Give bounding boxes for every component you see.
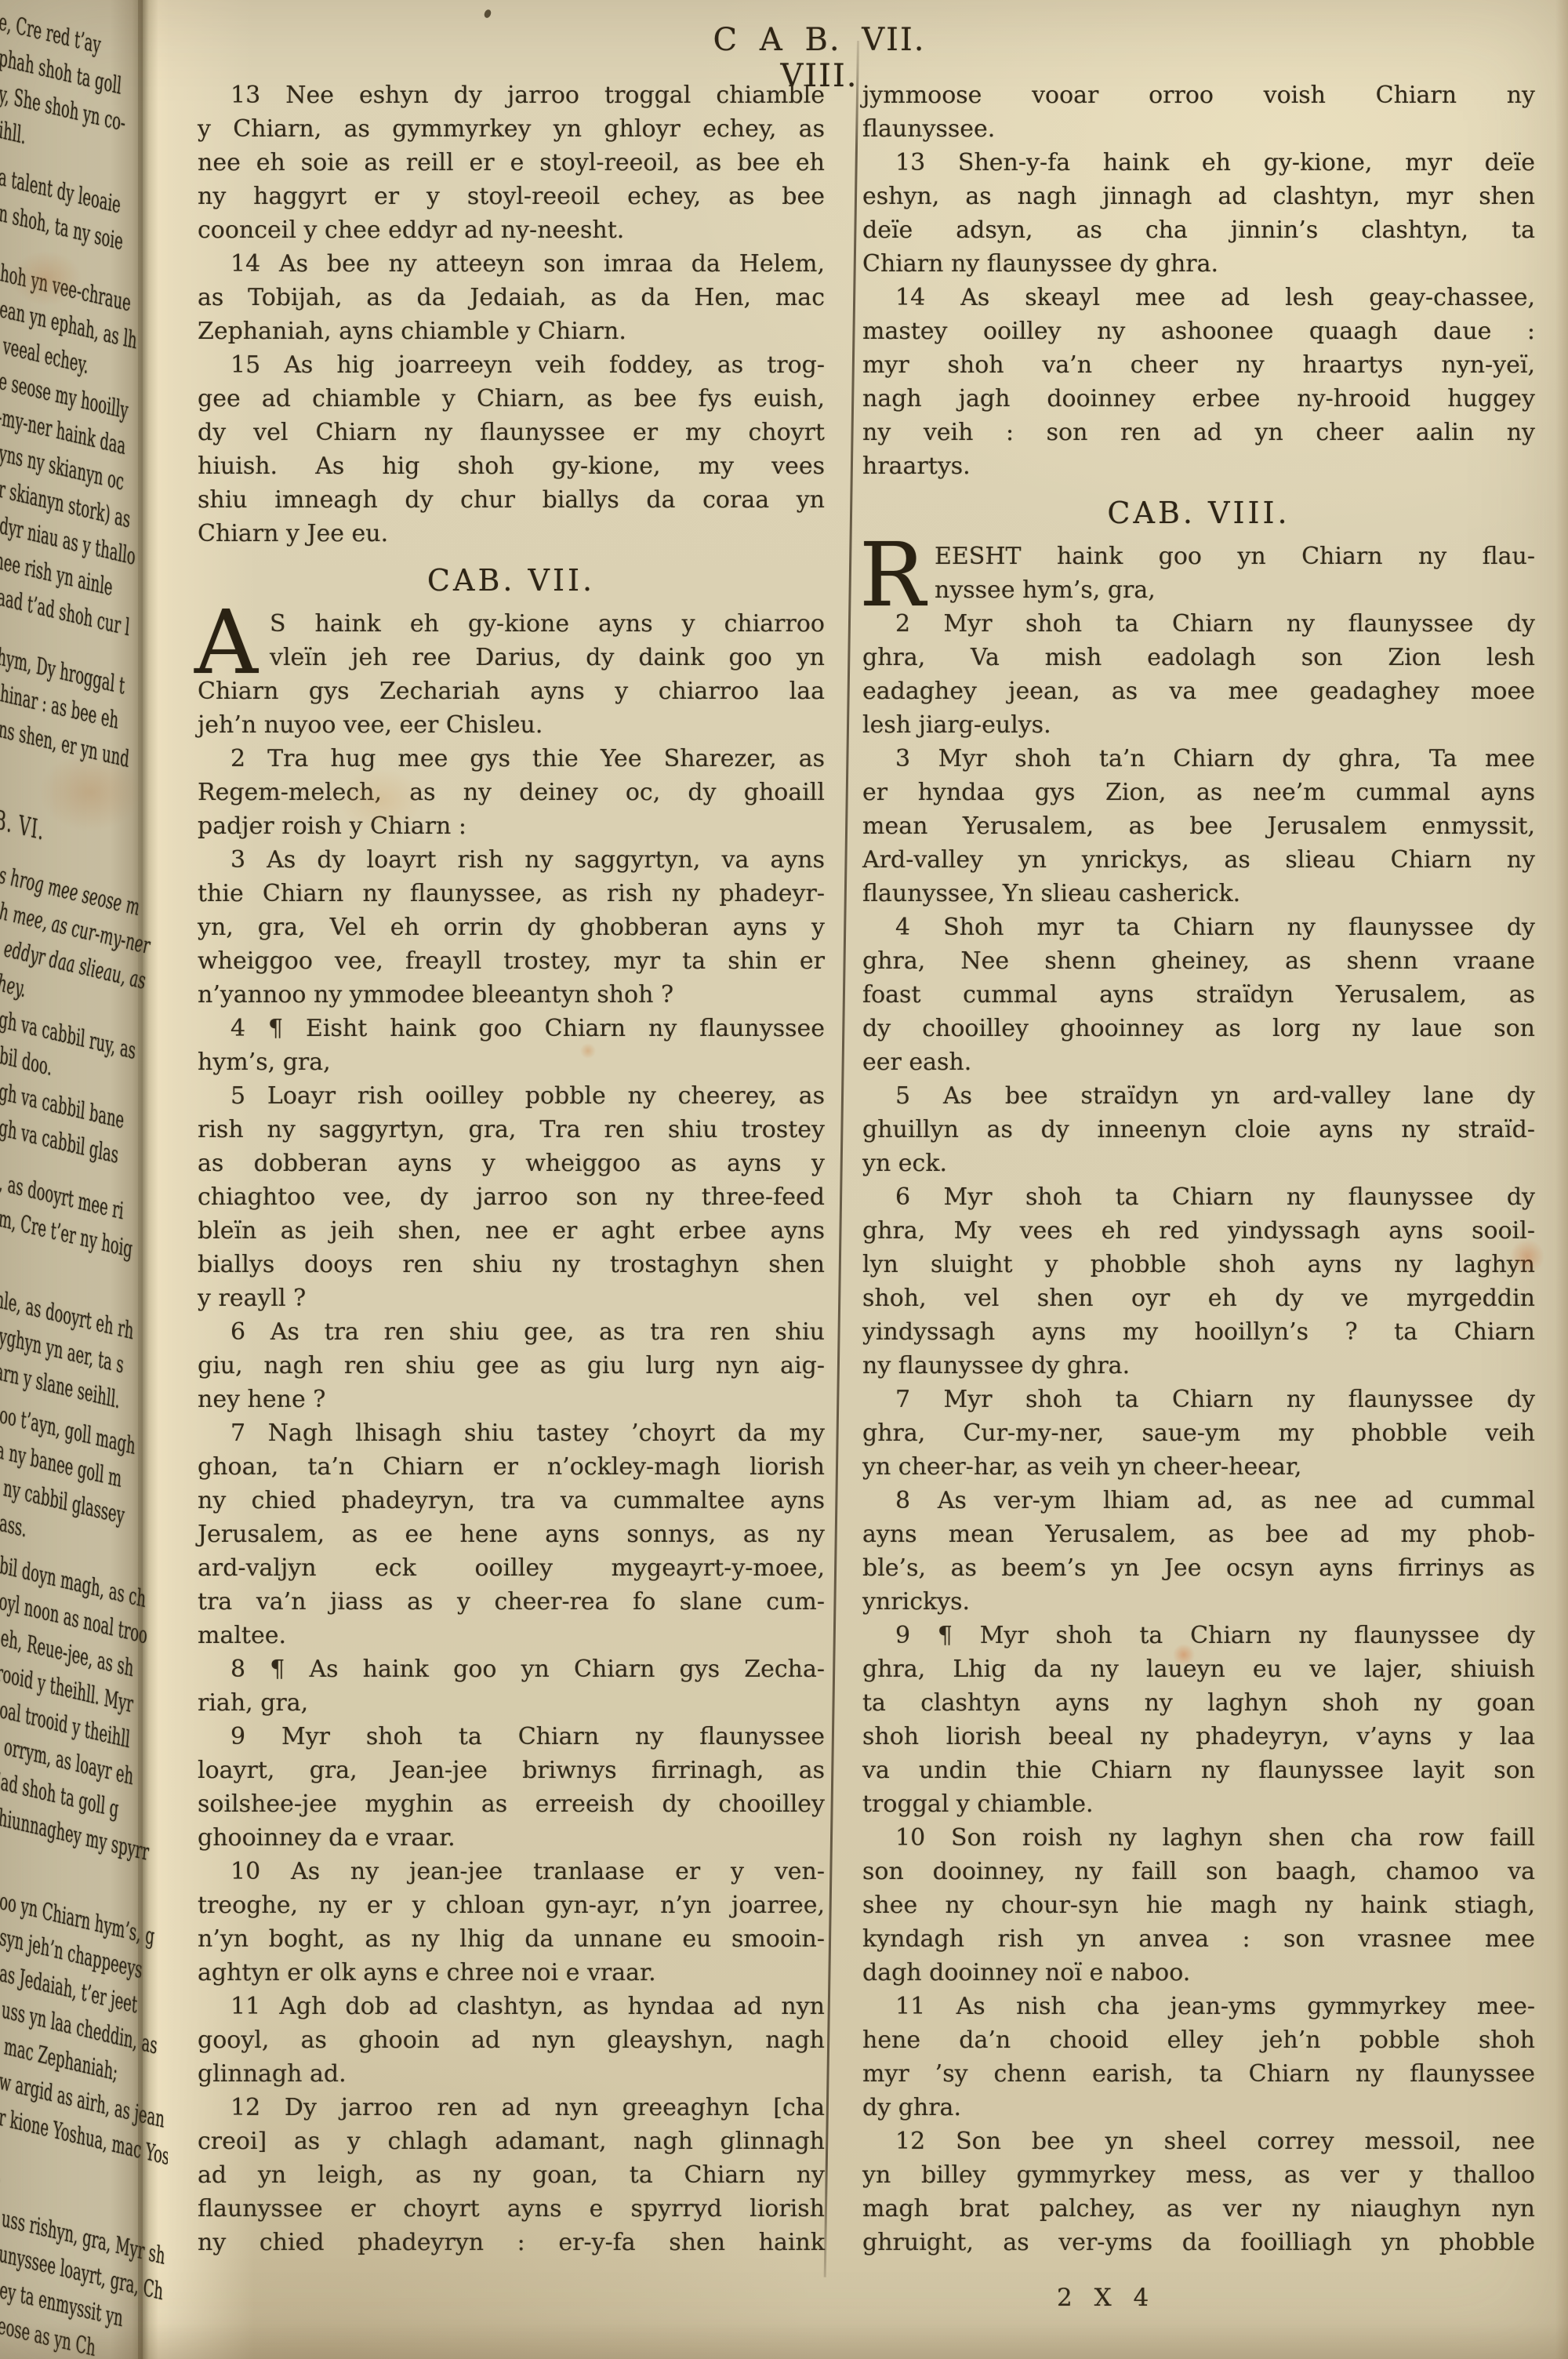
verse-line: ynrickys. <box>862 1585 1535 1619</box>
verse-line: flaunyssee, Yn slieau casherick. <box>862 877 1535 911</box>
verse-line: 2 Myr shoh ta Chiarn ny flaunyssee dy <box>862 607 1535 641</box>
verse-line: deïe adsyn, as cha jinnin’s clashtyn, ta <box>862 213 1535 247</box>
verse-line: dagh dooinney noï e naboo. <box>862 1956 1535 1990</box>
verse-line: ayns mean Yerusalem, as bee ad my phob- <box>862 1518 1535 1551</box>
verse-line: riah, gra, <box>198 1686 825 1720</box>
verse-paragraph-dropcap: REESHT haink goo yn Chiarn ny flau-nysse… <box>862 540 1535 607</box>
verse-line: myr shoh va’n cheer ny hraartys nyn-yeï, <box>862 348 1535 382</box>
facing-chapter-heading-fragment: B. VI. <box>0 803 45 847</box>
verse-line: ny haggyrt er y stoyl-reeoil echey, as b… <box>198 180 825 213</box>
verse-paragraph: 13 Shen-y-fa haink eh gy-kione, myr deïe… <box>862 146 1535 281</box>
verse-paragraph: 5 Loayr rish ooilley pobble ny cheerey, … <box>198 1079 825 1315</box>
verse-line: eshyn, as nagh jinnagh ad clashtyn, myr … <box>862 180 1535 213</box>
verse-line: nagh jagh dooinney erbee ny-hrooid hugge… <box>862 382 1535 416</box>
verse-line: padjer roish y Chiarn : <box>198 809 825 843</box>
page-fold-shadow <box>138 0 143 2359</box>
verse-line: jeh’n nuyoo vee, eer Chisleu. <box>198 708 825 742</box>
verse-paragraph: 12 Dy jarroo ren ad nyn greeaghyn [chacr… <box>198 2091 825 2259</box>
verse-line: gooyl, as ghooin ad nyn gleayshyn, nagh <box>198 2023 825 2057</box>
verse-line: ny veih : son ren ad yn cheer aalin ny <box>862 416 1535 449</box>
verse-line: 14 As skeayl mee ad lesh geay-chassee, <box>862 281 1535 314</box>
verse-line: 5 As bee straïdyn yn ard-valley lane dy <box>862 1079 1535 1113</box>
verse-line: lesh jiarg-eulys. <box>862 708 1535 742</box>
verse-paragraph: jymmoose vooar orroo voish Chiarn nyflau… <box>862 78 1535 146</box>
verse-paragraph: 10 Son roish ny laghyn shen cha row fail… <box>862 1821 1535 1990</box>
verse-line: vleïn jeh ree Darius, dy daink goo yn <box>198 641 825 674</box>
page-edge-shade <box>1555 0 1568 2359</box>
column-divider-rule <box>824 41 859 2277</box>
verse-line: 12 Dy jarroo ren ad nyn greeaghyn [cha <box>198 2091 825 2125</box>
facing-page-strip: ee, Cre red t’ayephah shoh ta golley, Sh… <box>0 0 168 2359</box>
verse-line: maltee. <box>198 1619 825 1652</box>
verse-line: 5 Loayr rish ooilley pobble ny cheerey, … <box>198 1079 825 1113</box>
verse-line: hraartys. <box>862 449 1535 483</box>
verse-line: biallys dooys ren shiu ny trostaghyn she… <box>198 1248 825 1281</box>
verse-line: yn billey gymmyrkey mess, as ver y thall… <box>862 2158 1535 2192</box>
verse-paragraph-dropcap: AS haink eh gy-kione ayns y chiarroovleï… <box>198 607 825 742</box>
verse-paragraph: 7 Nagh lhisagh shiu tastey ’choyrt da my… <box>198 1416 825 1652</box>
verse-line: ghuillyn as dy inneenyn cloie ayns ny st… <box>862 1113 1535 1147</box>
verse-line: ny flaunyssee dy ghra. <box>862 1349 1535 1383</box>
verse-line: troggal y chiamble. <box>862 1787 1535 1821</box>
verse-line: mean Yerusalem, as bee Jerusalem enmyssi… <box>862 809 1535 843</box>
verse-line: rish ny saggyrtyn, gra, Tra ren shiu tro… <box>198 1113 825 1147</box>
verse-line: 7 Nagh lhisagh shiu tastey ’choyrt da my <box>198 1416 825 1450</box>
verse-line: n’yn boght, as ny lhig da unnane eu smoo… <box>198 1922 825 1956</box>
verse-paragraph: 11 Agh dob ad clashtyn, as hyndaa ad nyn… <box>198 1990 825 2091</box>
verse-line: lyn sluight y phobble shoh ayns ny laghy… <box>862 1248 1535 1281</box>
drop-cap-letter: R <box>859 540 925 612</box>
verse-line: creoi] as y chlagh adamant, nagh glinnag… <box>198 2125 825 2158</box>
verse-line: chiaghtoo vee, dy jarroo son ny three-fe… <box>198 1180 825 1214</box>
verse-line: nyssee hym’s, gra, <box>862 573 1535 607</box>
verse-line: EESHT haink goo yn Chiarn ny flau- <box>862 540 1535 573</box>
verse-line: Ard-valley yn ynrickys, as slieau Chiarn… <box>862 843 1535 877</box>
verse-line: ghooinney da e vraar. <box>198 1821 825 1855</box>
verse-paragraph: 3 As dy loayrt rish ny saggyrtyn, va ayn… <box>198 843 825 1012</box>
verse-line: flaunyssee. <box>862 112 1535 146</box>
verse-line: son dooinney, ny faill son baagh, chamoo… <box>862 1855 1535 1888</box>
verse-line: shoh, vel shen oyr eh dy ve myrgeddin <box>862 1281 1535 1315</box>
verse-line: ard-valjyn eck ooilley mygeayrt-y-moee, <box>198 1551 825 1585</box>
verse-line: dy vel Chiarn ny flaunyssee er my choyrt <box>198 416 825 449</box>
verse-line: myr ’sy chenn earish, ta Chiarn ny flaun… <box>862 2057 1535 2091</box>
verse-line: 10 Son roish ny laghyn shen cha row fail… <box>862 1821 1535 1855</box>
verse-line: as dobberan ayns y wheiggoo as ayns y <box>198 1147 825 1180</box>
verse-line: 4 Shoh myr ta Chiarn ny flaunyssee dy <box>862 911 1535 944</box>
verse-line: mastey ooilley ny ashoonee quaagh daue : <box>862 314 1535 348</box>
verse-line: ghoan, ta’n Chiarn er n’ockley-magh lior… <box>198 1450 825 1484</box>
verse-line: Chiarn ny flaunyssee dy ghra. <box>862 247 1535 281</box>
verse-line: 14 As bee ny atteeyn son imraa da Helem, <box>198 247 825 281</box>
verse-line: er hyndaa gys Zion, as nee’m cummal ayns <box>862 776 1535 809</box>
verse-line: 12 Son bee yn sheel correy messoil, nee <box>862 2125 1535 2158</box>
verse-line: shee ny chour-syn hie magh ny haink stia… <box>862 1888 1535 1922</box>
chapter-heading: CAB. VII. <box>198 563 825 598</box>
verse-line: shiu imneagh dy chur biallys da coraa yn <box>198 483 825 517</box>
verse-paragraph: 4 Shoh myr ta Chiarn ny flaunyssee dyghr… <box>862 911 1535 1079</box>
verse-paragraph: 6 As tra ren shiu gee, as tra ren shiugi… <box>198 1315 825 1416</box>
verse-line: y reayll ? <box>198 1281 825 1315</box>
chapter-heading: CAB. VIII. <box>862 496 1535 530</box>
facing-text-fragment: shey. <box>0 966 27 1005</box>
verse-paragraph: 13 Nee eshyn dy jarroo troggal chiambley… <box>198 78 825 247</box>
verse-line: nee eh soie as reill er e stoyl-reeoil, … <box>198 146 825 180</box>
verse-line: ad yn leigh, as ny goan, ta Chiarn ny <box>198 2158 825 2192</box>
verse-line: hym’s, gra, <box>198 1045 825 1079</box>
verse-line: 2 Tra hug mee gys thie Yee Sharezer, as <box>198 742 825 776</box>
verse-line: treoghe, ny er y chloan gyn-ayr, n’yn jo… <box>198 1888 825 1922</box>
verse-line: Jerusalem, as ee hene ayns sonnys, as ny <box>198 1518 825 1551</box>
verse-line: ney hene ? <box>198 1383 825 1416</box>
verse-paragraph: 14 As bee ny atteeyn son imraa da Helem,… <box>198 247 825 348</box>
verse-line: 9 Myr shoh ta Chiarn ny flaunyssee <box>198 1720 825 1754</box>
verse-line: 3 Myr shoh ta’n Chiarn dy ghra, Ta mee <box>862 742 1535 776</box>
book-page-scan: { "page": { "header": "C A B. VII. VIII.… <box>0 0 1568 2359</box>
verse-paragraph: 9 Myr shoh ta Chiarn ny flaunysseeloayrt… <box>198 1720 825 1855</box>
verse-line: hiuish. As hig shoh gy-kione, my vees <box>198 449 825 483</box>
verse-line: aghtyn er olk ayns e chree noi e vraar. <box>198 1956 825 1990</box>
verse-line: 6 As tra ren shiu gee, as tra ren shiu <box>198 1315 825 1349</box>
verse-line: 3 As dy loayrt rish ny saggyrtyn, va ayn… <box>198 843 825 877</box>
verse-paragraph: 14 As skeayl mee ad lesh geay-chassee,ma… <box>862 281 1535 483</box>
verse-line: 13 Shen-y-fa haink eh gy-kione, myr deïe <box>862 146 1535 180</box>
left-column-lines: 13 Nee eshyn dy jarroo troggal chiambley… <box>198 78 825 2259</box>
verse-line: magh brat palchey, as ver ny niaughyn ny… <box>862 2192 1535 2226</box>
verse-line: bleïn as jeih shen, nee er aght erbee ay… <box>198 1214 825 1248</box>
verse-line: dy ghra. <box>862 2091 1535 2125</box>
verse-line: foast cummal ayns straïdyn Yerusalem, as <box>862 978 1535 1012</box>
verse-paragraph: 8 As ver-ym lhiam ad, as nee ad cummalay… <box>862 1484 1535 1619</box>
verse-line: kyndagh rish yn anvea : son vrasnee mee <box>862 1922 1535 1956</box>
verse-paragraph: 5 As bee straïdyn yn ard-valley lane dyg… <box>862 1079 1535 1180</box>
verse-line: yindyssagh ayns my hooillyn’s ? ta Chiar… <box>862 1315 1535 1349</box>
verse-line: ny chied phadeyryn : er-y-fa shen haink <box>198 2226 825 2259</box>
verse-line: 13 Nee eshyn dy jarroo troggal chiamble <box>198 78 825 112</box>
verse-line: 15 As hig joarreeyn veih foddey, as trog… <box>198 348 825 382</box>
verse-line: ghra, Nee shenn gheiney, as shenn vraane <box>862 944 1535 978</box>
facing-text-fragment: eihll. <box>0 113 27 152</box>
verse-line: Zephaniah, ayns chiamble y Chiarn. <box>198 314 825 348</box>
verse-paragraph: 2 Tra hug mee gys thie Yee Sharezer, asR… <box>198 742 825 843</box>
verse-line: ghra, Lhig da ny laueyn eu ve lajer, shi… <box>862 1652 1535 1686</box>
verse-paragraph: 9 ¶ Myr shoh ta Chiarn ny flaunyssee dyg… <box>862 1619 1535 1821</box>
verse-paragraph: 4 ¶ Eisht haink goo Chiarn ny flaunyssee… <box>198 1012 825 1079</box>
verse-line: S haink eh gy-kione ayns y chiarroo <box>198 607 825 641</box>
verse-line: Regem-melech, as ny deiney oc, dy ghoail… <box>198 776 825 809</box>
verse-line: ta clashtyn ayns ny laghyn shoh ny goan <box>862 1686 1535 1720</box>
verse-line: ble’s, as beem’s yn Jee ocsyn ayns firri… <box>862 1551 1535 1585</box>
verse-line: yn, gra, Vel eh orrin dy ghobberan ayns … <box>198 911 825 944</box>
verse-line: hene da’n chooid elley jeh’n pobble shoh <box>862 2023 1535 2057</box>
verse-line: ghruight, as ver-yms da fooilliagh yn ph… <box>862 2226 1535 2259</box>
verse-line: ghra, My vees eh red yindyssagh ayns soo… <box>862 1214 1535 1248</box>
verse-paragraph: 2 Myr shoh ta Chiarn ny flaunyssee dyghr… <box>862 607 1535 742</box>
verse-line: 8 As ver-ym lhiam ad, as nee ad cummal <box>862 1484 1535 1518</box>
verse-paragraph: 3 Myr shoh ta’n Chiarn dy ghra, Ta meeer… <box>862 742 1535 911</box>
verse-line: y Chiarn, as gymmyrkey yn ghloyr echey, … <box>198 112 825 146</box>
verse-line: 9 ¶ Myr shoh ta Chiarn ny flaunyssee dy <box>862 1619 1535 1652</box>
verse-line: ny chied phadeyryn, tra va cummaltee ayn… <box>198 1484 825 1518</box>
verse-line: va undin thie Chiarn ny flaunyssee layit… <box>862 1754 1535 1787</box>
verse-line: 7 Myr shoh ta Chiarn ny flaunyssee dy <box>862 1383 1535 1416</box>
verse-line: glinnagh ad. <box>198 2057 825 2091</box>
verse-line: 6 Myr shoh ta Chiarn ny flaunyssee dy <box>862 1180 1535 1214</box>
right-column: jymmoose vooar orroo voish Chiarn nyflau… <box>862 78 1535 2259</box>
verse-line: ghra, Va mish eadolagh son Zion lesh <box>862 641 1535 674</box>
verse-line: giu, nagh ren shiu gee as giu lurg nyn a… <box>198 1349 825 1383</box>
verse-line: wheiggoo vee, freayll trostey, myr ta sh… <box>198 944 825 978</box>
verse-line: eadaghey jeean, as va mee geadaghey moee <box>862 674 1535 708</box>
verse-line: Chiarn y Jee eu. <box>198 517 825 551</box>
verse-line: 10 As ny jean-jee tranlaase er y ven- <box>198 1855 825 1888</box>
verse-line: dy chooilley ghooinney as lorg ny laue s… <box>862 1012 1535 1045</box>
verse-paragraph: 8 ¶ As haink goo yn Chiarn gys Zecha-ria… <box>198 1652 825 1720</box>
verse-paragraph: 11 As nish cha jean-yms gymmyrkey mee-he… <box>862 1990 1535 2125</box>
verse-line: Chiarn gys Zechariah ayns y chiarroo laa <box>198 674 825 708</box>
verse-line: ghra, Cur-my-ner, saue-ym my phobble vei… <box>862 1416 1535 1450</box>
left-column: 13 Nee eshyn dy jarroo troggal chiambley… <box>198 78 825 2259</box>
verse-line: coonceil y chee eddyr ad ny-neesht. <box>198 213 825 247</box>
facing-text-fragment: l. <box>0 1238 1 1270</box>
verse-line: gee ad chiamble y Chiarn, as bee fys eui… <box>198 382 825 416</box>
verse-line: as Tobijah, as da Jedaiah, as da Hen, ma… <box>198 281 825 314</box>
facing-text-fragment: t; <box>0 2165 2 2198</box>
verse-line: jymmoose vooar orroo voish Chiarn ny <box>862 78 1535 112</box>
verse-line: loayrt, gra, Jean-jee briwnys firrinagh,… <box>198 1754 825 1787</box>
verse-line: 4 ¶ Eisht haink goo Chiarn ny flaunyssee <box>198 1012 825 1045</box>
signature-mark: 2 X 4 <box>1057 2284 1156 2312</box>
verse-line: 11 As nish cha jean-yms gymmyrkey mee- <box>862 1990 1535 2023</box>
verse-line: yn eck. <box>862 1147 1535 1180</box>
verse-paragraph: 6 Myr shoh ta Chiarn ny flaunyssee dyghr… <box>862 1180 1535 1383</box>
verse-line: 8 ¶ As haink goo yn Chiarn gys Zecha- <box>198 1652 825 1686</box>
verse-line: thie Chiarn ny flaunyssee, as rish ny ph… <box>198 877 825 911</box>
verse-line: n’yannoo ny ymmodee bleeantyn shoh ? <box>198 978 825 1012</box>
facing-text-fragment: jiass. <box>0 1506 27 1545</box>
right-column-lines: jymmoose vooar orroo voish Chiarn nyflau… <box>862 78 1535 2259</box>
verse-line: 11 Agh dob ad clashtyn, as hyndaa ad nyn <box>198 1990 825 2023</box>
verse-paragraph: 10 As ny jean-jee tranlaase er y ven-tre… <box>198 1855 825 1990</box>
verse-paragraph: 12 Son bee yn sheel correy messoil, neey… <box>862 2125 1535 2259</box>
verse-line: yn cheer-har, as veih yn cheer-heear, <box>862 1450 1535 1484</box>
verse-line: tra va’n jiass as y cheer-rea fo slane c… <box>198 1585 825 1619</box>
drop-cap-letter: A <box>194 607 258 679</box>
verse-paragraph: 15 As hig joarreeyn veih foddey, as trog… <box>198 348 825 551</box>
verse-line: eer eash. <box>862 1045 1535 1079</box>
verse-line: soilshee-jee myghin as erreeish dy chooi… <box>198 1787 825 1821</box>
verse-paragraph: 7 Myr shoh ta Chiarn ny flaunyssee dyghr… <box>862 1383 1535 1484</box>
ink-speck <box>483 9 492 19</box>
verse-line: shoh liorish beeal ny phadeyryn, v’ayns … <box>862 1720 1535 1754</box>
verse-line: flaunyssee er choyrt ayns e spyrryd lior… <box>198 2192 825 2226</box>
